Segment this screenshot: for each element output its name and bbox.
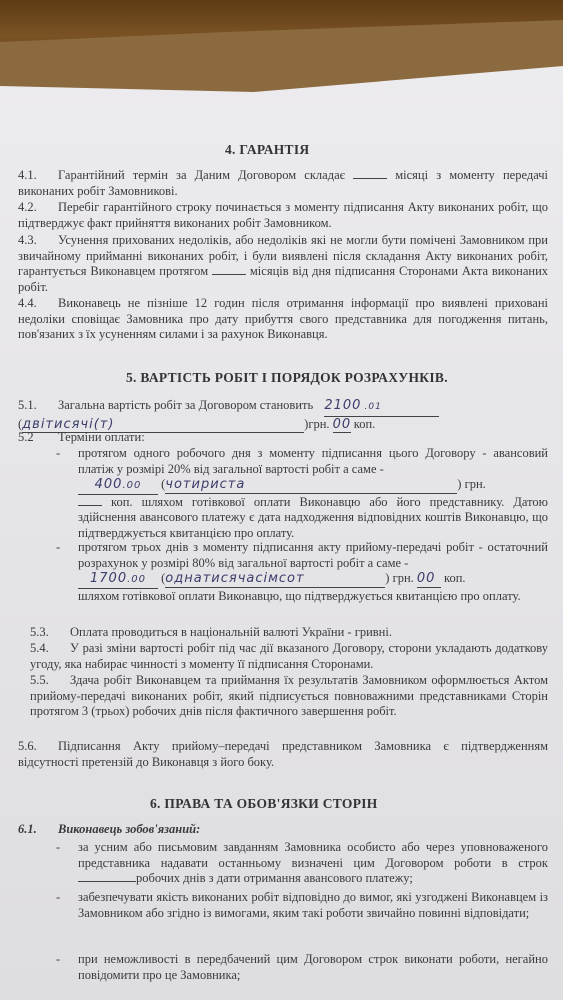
work-days-blank[interactable] bbox=[78, 881, 136, 882]
bullet-dash: - bbox=[56, 952, 60, 968]
advance-amount-handwritten: 400 bbox=[95, 477, 123, 492]
advance-amount-field[interactable]: 400.00 bbox=[78, 477, 158, 495]
bullet-dash: - bbox=[56, 890, 60, 906]
bullet-dash: - bbox=[56, 446, 60, 462]
clause-text: Оплата проводиться в національній валюті… bbox=[70, 625, 392, 639]
clause-5-5: 5.5.Здача робіт Виконавцем та приймання … bbox=[30, 673, 548, 720]
contractor-duty-2: забезпечувати якість виконаних робіт від… bbox=[78, 890, 548, 921]
final-amount-cents: .00 bbox=[127, 574, 146, 585]
clause-text: Гарантійний термін за Даним Договором ск… bbox=[58, 168, 345, 182]
clause-number: 4.2. bbox=[18, 200, 58, 216]
clause-text: Виконавець зобов'язаний: bbox=[58, 822, 200, 836]
total-amount-cents: .01 bbox=[365, 402, 382, 412]
clause-number: 5.1. bbox=[18, 398, 58, 414]
clause-number: 5.2 bbox=[18, 430, 58, 446]
section-5-heading: 5. ВАРТІСТЬ РОБІТ І ПОРЯДОК РОЗРАХУНКІВ. bbox=[126, 370, 448, 386]
clause-number: 5.6. bbox=[18, 739, 58, 755]
contractor-duty-3: при неможливості в передбачений цим Дого… bbox=[78, 952, 548, 983]
section-6-heading: 6. ПРАВА ТА ОБОВ'ЯЗКИ СТОРІН bbox=[150, 796, 378, 812]
currency-label: ) грн. bbox=[457, 477, 485, 491]
clause-number: 4.1. bbox=[18, 168, 58, 184]
payment-term-final: протягом трьох днів з моменту підписання… bbox=[78, 540, 548, 604]
section-4-heading: 4. ГАРАНТІЯ bbox=[225, 142, 309, 158]
clause-text: Перебіг гарантійного строку починається … bbox=[18, 200, 548, 230]
clause-4-4: 4.4.Виконавець не пізніше 12 годин після… bbox=[18, 296, 548, 343]
clause-text: при неможливості в передбачений цим Дого… bbox=[78, 952, 548, 982]
final-amount-field[interactable]: 1700.00 bbox=[78, 571, 158, 589]
clause-text: за усним або письмовим завданням Замовни… bbox=[78, 840, 548, 870]
clause-number: 5.3. bbox=[30, 625, 70, 641]
final-amount-words-field[interactable]: однатисячасімсот bbox=[165, 571, 385, 588]
currency-label: ) грн. bbox=[385, 571, 413, 585]
payment-term-advance: протягом одного робочого дня з моменту п… bbox=[78, 446, 548, 541]
total-amount-field[interactable]: 2100 .01 bbox=[324, 398, 439, 417]
clause-text: протягом одного робочого дня з моменту п… bbox=[78, 446, 548, 476]
kopecks-label: коп. bbox=[354, 417, 376, 431]
kopecks-label: коп. bbox=[444, 571, 466, 585]
clause-number: 5.5. bbox=[30, 673, 70, 689]
final-amount-handwritten: 1700 bbox=[90, 571, 127, 586]
currency-label: )грн. bbox=[304, 417, 329, 431]
clause-number: 5.4. bbox=[30, 641, 70, 657]
hidden-defects-months-blank[interactable] bbox=[212, 274, 246, 275]
clause-number: 4.4. bbox=[18, 296, 58, 312]
clause-text: Виконавець не пізніше 12 годин після отр… bbox=[18, 296, 548, 341]
total-amount-handwritten: 2100 bbox=[324, 398, 361, 413]
clause-text: протягом трьох днів з моменту підписання… bbox=[78, 540, 548, 570]
clause-5-6: 5.6.Підписання Акту прийому–передачі пре… bbox=[18, 739, 548, 770]
contractor-duty-1: за усним або письмовим завданням Замовни… bbox=[78, 840, 548, 887]
bullet-dash: - bbox=[56, 540, 60, 556]
advance-kopecks-blank[interactable] bbox=[78, 505, 102, 506]
warranty-months-blank[interactable] bbox=[353, 178, 387, 179]
clause-number: 6.1. bbox=[18, 822, 58, 838]
clause-5-1: 5.1.Загальна вартість робіт за Договором… bbox=[18, 398, 548, 433]
clause-text: шляхом готівкової оплати Виконавцю, що п… bbox=[78, 589, 521, 603]
clause-text: забезпечувати якість виконаних робіт від… bbox=[78, 890, 548, 920]
clause-6-1-title: 6.1.Виконавець зобов'язаний: bbox=[18, 822, 548, 838]
final-kopecks-handwritten[interactable]: 00 bbox=[417, 571, 441, 588]
bullet-dash: - bbox=[56, 840, 60, 856]
clause-4-2: 4.2.Перебіг гарантійного строку починаєт… bbox=[18, 200, 548, 231]
clause-5-3: 5.3.Оплата проводиться в національній ва… bbox=[30, 625, 548, 641]
final-amount-words-handwritten: однатисячасімсот bbox=[165, 571, 304, 586]
clause-5-4: 5.4.У разі зміни вартості робіт під час … bbox=[30, 641, 548, 672]
advance-amount-words-field[interactable]: чотириста bbox=[165, 477, 457, 494]
clause-number: 4.3. bbox=[18, 233, 58, 249]
advance-amount-cents: .00 bbox=[122, 480, 141, 491]
clause-5-2-title: 5.2Терміни оплати: bbox=[18, 430, 548, 446]
clause-text: робочих днів з дати отримання авансового… bbox=[136, 871, 413, 885]
clause-text: Здача робіт Виконавцем та приймання їх р… bbox=[30, 673, 548, 718]
advance-amount-words-handwritten: чотириста bbox=[165, 477, 245, 492]
clause-text: У разі зміни вартості робіт під час дії … bbox=[30, 641, 548, 671]
clause-4-3: 4.3.Усунення прихованих недоліків, або н… bbox=[18, 233, 548, 295]
clause-4-1: 4.1.Гарантійний термін за Даним Договоро… bbox=[18, 168, 548, 199]
clause-text: Підписання Акту прийому–передачі предста… bbox=[18, 739, 548, 769]
clause-text: коп. шляхом готівкової оплати Виконавцю … bbox=[78, 495, 548, 540]
clause-text: Загальна вартість робіт за Договором ста… bbox=[58, 398, 313, 412]
clause-text: Терміни оплати: bbox=[58, 430, 145, 444]
